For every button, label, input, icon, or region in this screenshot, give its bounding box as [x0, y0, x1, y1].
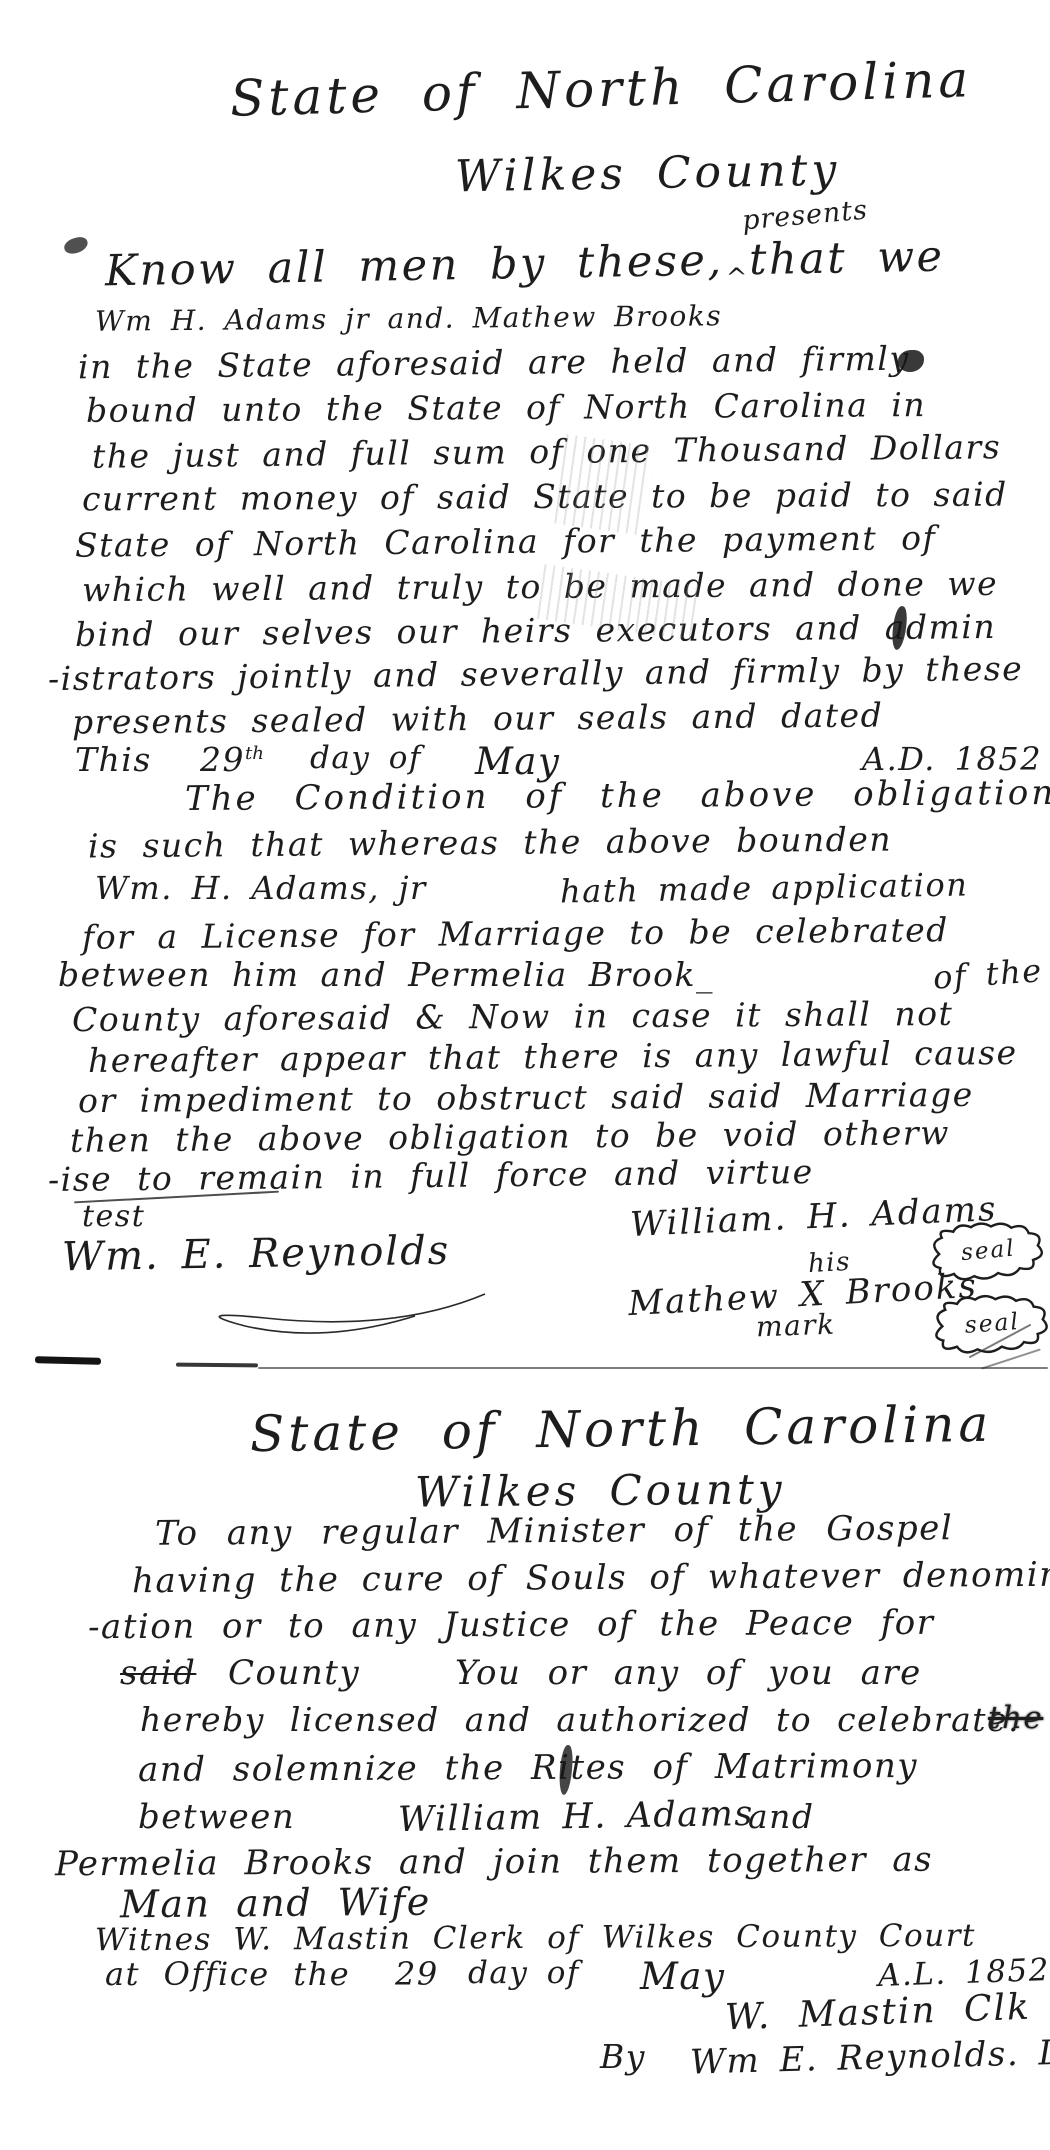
bond-between-text: between him and Permelia Brook_ — [58, 958, 714, 991]
signature-witness-reynolds: Wm. E. Reynolds — [62, 1231, 451, 1278]
bond-condition-line: is such that whereas the above bounden — [88, 822, 892, 862]
bond-date-prefix: This — [75, 743, 152, 776]
ink-blot — [898, 350, 924, 372]
bond-applicant: Wm. H. Adams, jr — [95, 872, 427, 904]
document-scan: State of North Carolina Wilkes County pr… — [0, 0, 1050, 2150]
license-office-month: May — [640, 1958, 725, 1995]
bond-application-text: hath made application — [560, 868, 969, 907]
signature-deputy-reynolds: Wm E. Reynolds. D.C. — [690, 2034, 1050, 2079]
license-groom-name: William H. Adams — [398, 1797, 754, 1838]
ink-smudge — [62, 235, 89, 256]
license-deputy-row: By Wm E. Reynolds. D.C. — [0, 2040, 1050, 2090]
bond-body-line: in the State aforesaid are held and firm… — [78, 342, 910, 384]
bond-date-mid: day of — [310, 743, 422, 774]
license-title: State of North Carolina — [250, 1399, 993, 1459]
license-office-mid: day of — [468, 1958, 580, 1989]
license-address-line: To any regular Minister of the Gospel — [155, 1511, 953, 1551]
fold-line — [258, 1367, 1048, 1369]
license-address-line: having the cure of Souls of whatever den… — [132, 1558, 1050, 1598]
seal-label: seal — [960, 1235, 1017, 1266]
bond-opening-end: that we — [749, 232, 945, 285]
license-man-wife: Man and Wife — [120, 1883, 431, 1924]
signature-clerk-mastin: W. Mastin Clk — [724, 1990, 1031, 2037]
bond-body-line: bind our selves our heirs executors and … — [75, 610, 996, 651]
bond-principals: Wm H. Adams jr and. Mathew Brooks — [95, 302, 722, 335]
license-you-text: You or any of you are — [455, 1656, 922, 1690]
bond-condition2-line: -ise to remain in full force and virtue — [48, 1155, 814, 1196]
license-county-row: said County You or any of you are — [0, 1656, 1050, 1706]
license-said-word: said — [120, 1656, 196, 1690]
bond-date-month: May — [475, 743, 560, 780]
bond-date-ordinal: th — [245, 743, 264, 764]
bond-body-line: bound unto the State of North Carolina i… — [86, 388, 926, 427]
bond-date-day: 29th — [200, 743, 264, 776]
fold-line — [35, 1356, 101, 1365]
bond-condition2-line: hereafter appear that there is any lawfu… — [88, 1036, 1018, 1077]
bond-opening-line: Know all men by these,^that we — [105, 236, 945, 303]
license-and-word: and — [748, 1800, 815, 1833]
bond-title: State of North Carolina — [229, 54, 972, 123]
license-address-line: -ation or to any Justice of the Peace fo… — [88, 1606, 935, 1644]
signature-flourish — [95, 1288, 495, 1333]
bond-subtitle: Wilkes County — [455, 149, 841, 200]
license-witness-line: Witnes W. Mastin Clerk of Wilkes County … — [95, 1921, 976, 1957]
license-office-day: 29 — [395, 1958, 439, 1990]
seal-scroll: seal — [923, 1215, 1050, 1285]
bond-date-year: A.D. 1852 — [862, 743, 1042, 775]
bond-opening-text: Know all men by these, — [105, 236, 724, 297]
bond-body-line: current money of said State to be paid t… — [82, 478, 1008, 516]
license-struck-word: the — [988, 1703, 1043, 1734]
bond-insert-word: presents — [741, 197, 869, 235]
license-county-word: County — [228, 1656, 360, 1690]
license-between-label: between — [138, 1800, 295, 1834]
license-office-prefix: at Office the — [105, 1958, 350, 1990]
fold-line — [176, 1363, 258, 1368]
license-bride-line: Permelia Brooks and join them together a… — [55, 1843, 933, 1882]
license-by-label: By — [600, 2040, 646, 2073]
bond-body-line: State of North Carolina for the payment … — [75, 521, 937, 562]
bond-mark-label: mark — [756, 1311, 837, 1342]
caret-mark: ^ — [726, 263, 748, 293]
bond-body-line: -istrators jointly and severally and fir… — [48, 652, 1024, 695]
bond-condition2-line: then the above obligation to be void oth… — [70, 1116, 950, 1157]
license-licensed-text: hereby licensed and authorized to celebr… — [140, 1703, 1020, 1736]
license-solemnize-line: and solemnize the Rites of Matrimony — [138, 1749, 918, 1787]
bond-condition2-line: County aforesaid & Now in case it shall … — [72, 997, 953, 1036]
bond-body-line: presents sealed with our seals and dated — [72, 698, 883, 738]
bond-condition-line: The Condition of the above obligation — [185, 776, 1050, 816]
bond-condition2-line: or impediment to obstruct said said Marr… — [78, 1078, 974, 1117]
bond-attest-label: test — [82, 1202, 145, 1232]
scan-smear — [554, 434, 656, 536]
license-subtitle: Wilkes County — [415, 1468, 786, 1513]
bond-of-the: of the — [932, 954, 1044, 994]
bond-license-line: for a License for Marriage to be celebra… — [82, 913, 949, 954]
bond-body-line: the just and full sum of one Thousand Do… — [92, 430, 1001, 473]
